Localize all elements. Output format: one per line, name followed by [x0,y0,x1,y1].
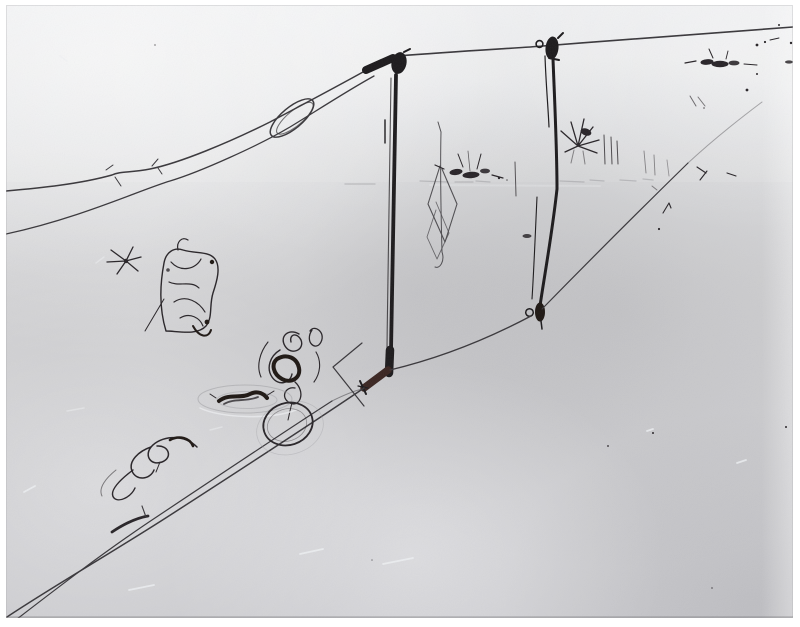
film-grain [6,5,793,618]
photograph [0,0,800,627]
page: { "photo": { "type": "black-and-white ph… [0,0,800,627]
